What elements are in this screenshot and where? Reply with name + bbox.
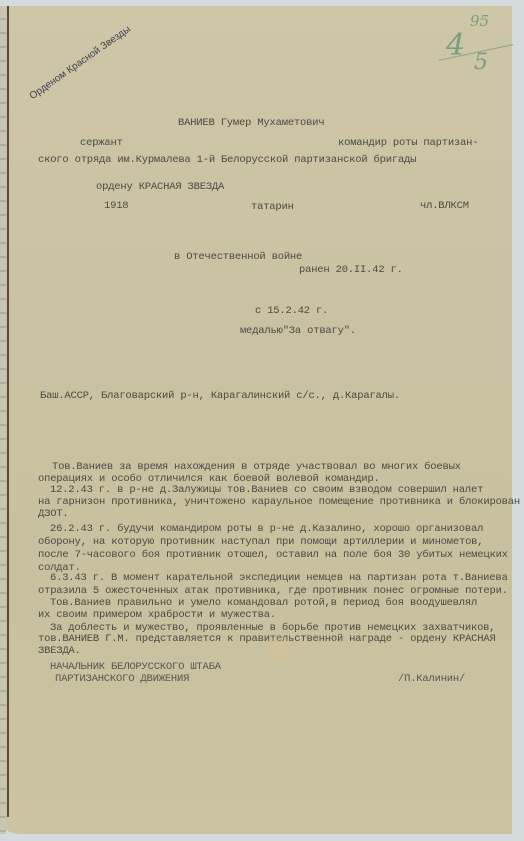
- citation-line: их своим примером храбрости и мужества.: [38, 609, 276, 621]
- binding-edge: [0, 6, 6, 834]
- signatory-title-line2: ПАРТИЗАНСКОГО ДВИЖЕНИЯ: [55, 673, 189, 685]
- awardee-position: командир роты партизан-: [338, 137, 478, 149]
- citation-line: ЗВЕЗДА.: [38, 645, 81, 657]
- awardee-rank: сержант: [80, 137, 123, 149]
- archive-pencil-denominator: 5: [474, 50, 488, 75]
- citation-line: после 7-часового боя противник отошел, о…: [38, 549, 508, 561]
- citation-line: ДЗОТ.: [38, 508, 69, 520]
- wounded-date: ранен 20.II.42 г.: [299, 264, 403, 276]
- citation-line: Тов.Ваниев за время нахождения в отряде …: [52, 461, 461, 473]
- paper-stain: [262, 633, 298, 667]
- citation-line: на гарнизон противника, уничтожено карау…: [38, 496, 520, 508]
- binding-line: [7, 6, 9, 817]
- party-membership: чл.ВЛКСМ: [420, 200, 469, 212]
- citation-line: 26.2.43 г. будучи командиром роты в р-не…: [50, 523, 483, 535]
- birth-year: 1918: [104, 200, 128, 212]
- citation-line: Тов.Ваниев правильно и умело командовал …: [50, 597, 477, 609]
- citation-line: отразила 5 ожесточенных атак противника,…: [38, 585, 508, 597]
- archive-pencil-numerator: 4: [446, 28, 465, 63]
- citation-line: оборону, на которую противник наступал п…: [38, 536, 483, 548]
- awardee-name: ВАНИЕВ Гумер Мухаметович: [178, 117, 324, 129]
- signatory-title-line1: НАЧАЛЬНИК БЕЛОРУССКОГО ШТАБА: [50, 661, 221, 673]
- awardee-unit: ского отряда им.Курмалева 1-й Белорусско…: [38, 154, 416, 166]
- citation-line: 12.2.43 г. в р-не д.Залужицы тов.Ваниев …: [50, 484, 483, 496]
- citation-line: 6.3.43 г. В момент карательной экспедици…: [50, 572, 508, 584]
- signatory-name: /П.Калинин/: [398, 673, 465, 685]
- war-participation: в Отечественной войне: [174, 251, 302, 263]
- home-address: Баш.АССР, Благоварский р-н, Карагалински…: [40, 390, 400, 402]
- award-stamp: Орденом Красной Звезды: [28, 24, 133, 102]
- in-service-since: с 15.2.42 г.: [255, 305, 328, 317]
- nationality: татарин: [251, 201, 294, 213]
- previous-award: медалью"За отвагу".: [240, 325, 356, 337]
- award-nominated: ордену КРАСНАЯ ЗВЕЗДА: [96, 181, 224, 193]
- document-page: Орденом Красной Звезды 95 4 5 ВАНИЕВ Гум…: [0, 6, 512, 834]
- archive-page-number: 95: [470, 12, 489, 30]
